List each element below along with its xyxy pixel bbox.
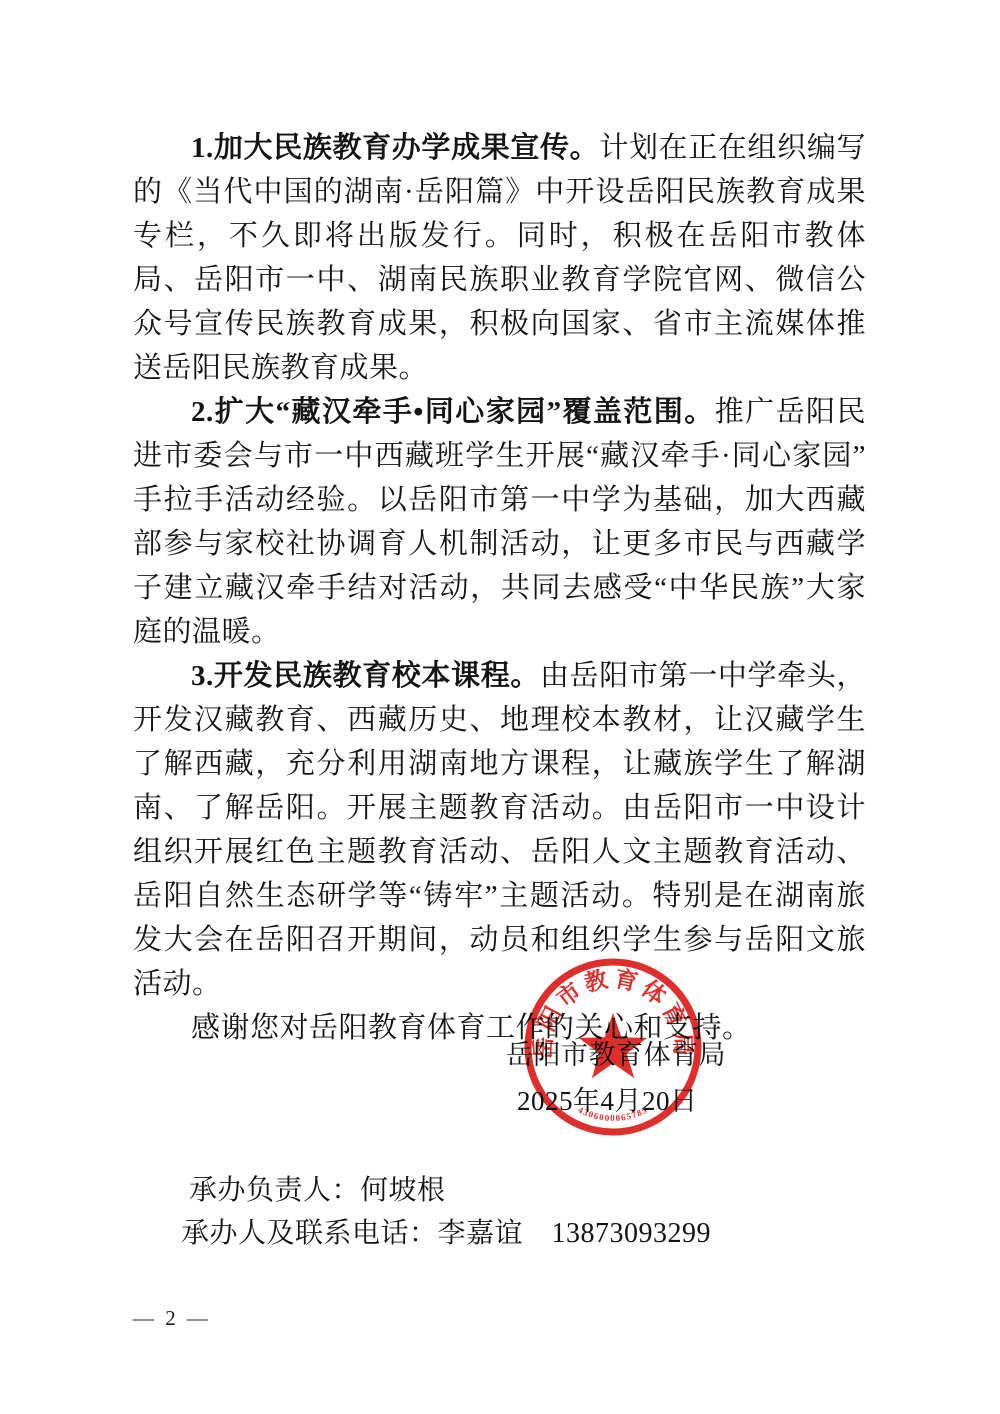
document-page: 1.加大民族教育办学成果宣传。计划在正在组织编写的《当代中国的湖南·岳阳篇》中开…	[0, 0, 1000, 1414]
contact-person-in-charge: 承办负责人：何坡根	[189, 1168, 446, 1208]
document-body: 1.加大民族教育办学成果宣传。计划在正在组织编写的《当代中国的湖南·岳阳篇》中开…	[133, 126, 866, 1050]
paragraph-2-body: 推广岳阳民进市委会与市一中西藏班学生开展“藏汉牵手·同心家园”手拉手活动经验。以…	[133, 396, 866, 648]
paragraph-2-lead: 2.扩大“藏汉牵手•同心家园”覆盖范围。	[191, 396, 715, 428]
paragraph-3-lead: 3.开发民族教育校本课程。	[191, 660, 540, 692]
contact-person-value: 何坡根	[360, 1175, 446, 1206]
paragraph-3-body: 由岳阳市第一中学牵头，开发汉藏教育、西藏历史、地理校本教材，让汉藏学生了解西藏，…	[133, 660, 866, 1000]
contact-handler-label: 承办人及联系电话：	[181, 1218, 438, 1249]
signature-date: 2025年4月20日	[517, 1079, 698, 1118]
page-number: — 2 —	[133, 1306, 211, 1331]
paragraph-1: 1.加大民族教育办学成果宣传。计划在正在组织编写的《当代中国的湖南·岳阳篇》中开…	[133, 126, 866, 390]
signature-organization: 岳阳市教育体育局	[506, 1033, 726, 1072]
contact-handler-phone: 承办人及联系电话：李嘉谊 13873093299	[181, 1211, 711, 1251]
paragraph-3: 3.开发民族教育校本课程。由岳阳市第一中学牵头，开发汉藏教育、西藏历史、地理校本…	[133, 654, 866, 1006]
paragraph-1-lead: 1.加大民族教育办学成果宣传。	[191, 132, 599, 164]
contact-handler-value: 李嘉谊 13873093299	[438, 1218, 712, 1249]
contact-person-label: 承办负责人：	[189, 1175, 360, 1206]
paragraph-1-body: 计划在正在组织编写的《当代中国的湖南·岳阳篇》中开设岳阳民族教育成果专栏，不久即…	[133, 132, 866, 384]
paragraph-2: 2.扩大“藏汉牵手•同心家园”覆盖范围。推广岳阳民进市委会与市一中西藏班学生开展…	[133, 390, 866, 654]
closing-line: 感谢您对岳阳教育体育工作的关心和支持。	[133, 1006, 866, 1050]
